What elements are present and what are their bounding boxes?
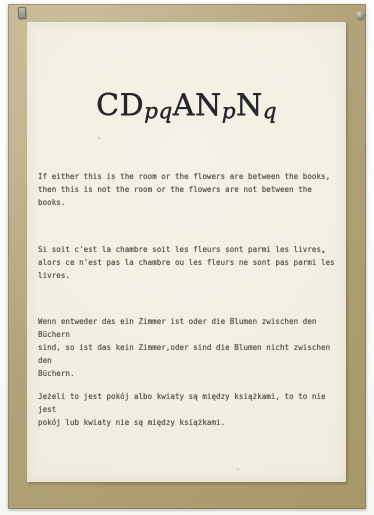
paragraph-polish: Jeżeli to jest pokój albo kwiaty są międ… [38, 390, 338, 429]
formula-segment: AN [173, 88, 222, 123]
paper-sheet: CDpqANpNq If either this is the room or … [27, 22, 346, 482]
paper-speck [98, 137, 100, 139]
paper-speck [322, 251, 325, 253]
paragraph-english: If either this is the room or the flower… [38, 170, 338, 209]
formula-segment: CD [96, 88, 144, 123]
staple [18, 7, 27, 19]
logic-formula-title: CDpqANpNq [27, 88, 346, 123]
cardboard-backing: CDpqANpNq If either this is the room or … [8, 4, 366, 509]
formula-segment-subscript: pq [144, 99, 173, 124]
paragraph-french: Si soit c'est la chambre soit les fleurs… [38, 243, 338, 282]
formula-segment: N [236, 88, 263, 123]
formula-segment-subscript: p [222, 99, 236, 124]
photograph-background: CDpqANpNq If either this is the room or … [0, 0, 374, 515]
paper-speck [237, 468, 239, 470]
push-pin [356, 11, 364, 19]
formula-segment-subscript: q [263, 99, 277, 124]
paragraph-german: Wenn entweder das ein Zimmer ist oder di… [38, 315, 338, 380]
